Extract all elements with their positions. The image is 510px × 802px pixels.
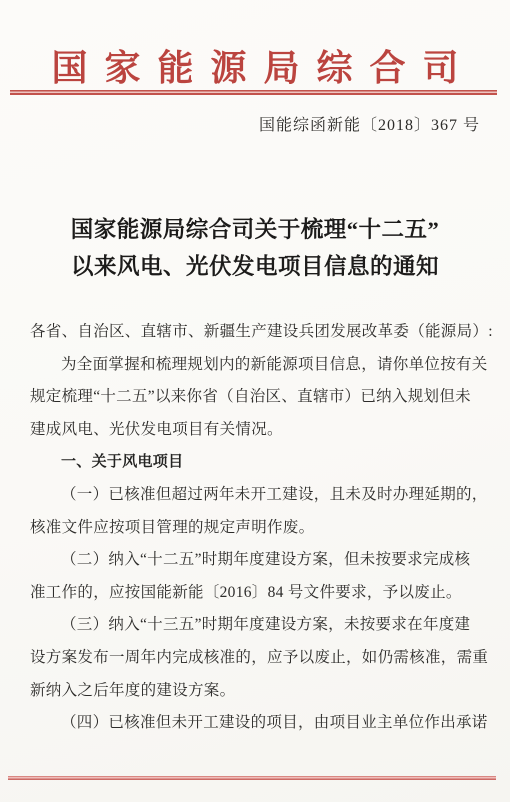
body-line: （一）已核准但超过两年未开工建设，且未及时办理延期的， <box>30 479 486 512</box>
body-line: （二）纳入“十二五”时期年度建设方案，但未按要求完成核 <box>30 544 486 577</box>
body-line: 规定梳理“十二五”以来你省（自治区、直辖市）已纳入规划但未 <box>30 381 486 414</box>
doc-number: 国能综函新能〔2018〕367 号 <box>259 112 480 135</box>
body-line: 设方案发布一周年内完成核准的，应予以废止，如仍需核准，需重 <box>30 642 486 675</box>
document-title: 国家能源局综合司关于梳理“十二五” 以来风电、光伏发电项目信息的通知 <box>0 211 510 285</box>
header-divider <box>10 90 497 95</box>
body-line: （四）已核准但未开工建设的项目，由项目业主单位作出承诺 <box>30 707 486 740</box>
body-line: （三）纳入“十三五”时期年度建设方案，未按要求在年度建 <box>30 609 486 642</box>
footer-divider <box>8 776 496 780</box>
body-line: 为全面掌握和梳理规划内的新能源项目信息，请你单位按有关 <box>30 349 486 382</box>
body-line: 新纳入之后年度的建设方案。 <box>30 675 486 708</box>
body-line: 建成风电、光伏发电项目有关情况。 <box>30 414 486 447</box>
document-title-line-1: 国家能源局综合司关于梳理“十二五” <box>0 211 510 248</box>
agency-title: 国家能源局综合司 <box>0 40 510 91</box>
document-title-line-2: 以来风电、光伏发电项目信息的通知 <box>0 248 510 285</box>
section-heading-wind-projects: 一、关于风电项目 <box>30 446 486 479</box>
document-body: 各省、自治区、直辖市、新疆生产建设兵团发展改革委（能源局）: 为全面掌握和梳理规… <box>30 316 486 740</box>
body-line-salutation: 各省、自治区、直辖市、新疆生产建设兵团发展改革委（能源局）: <box>30 316 486 349</box>
body-line: 核准文件应按项目管理的规定声明作废。 <box>30 512 486 545</box>
body-line: 准工作的，应按国能新能〔2016〕84 号文件要求，予以废止。 <box>30 577 486 610</box>
document-page: 国家能源局综合司 国能综函新能〔2018〕367 号 国家能源局综合司关于梳理“… <box>0 0 510 802</box>
